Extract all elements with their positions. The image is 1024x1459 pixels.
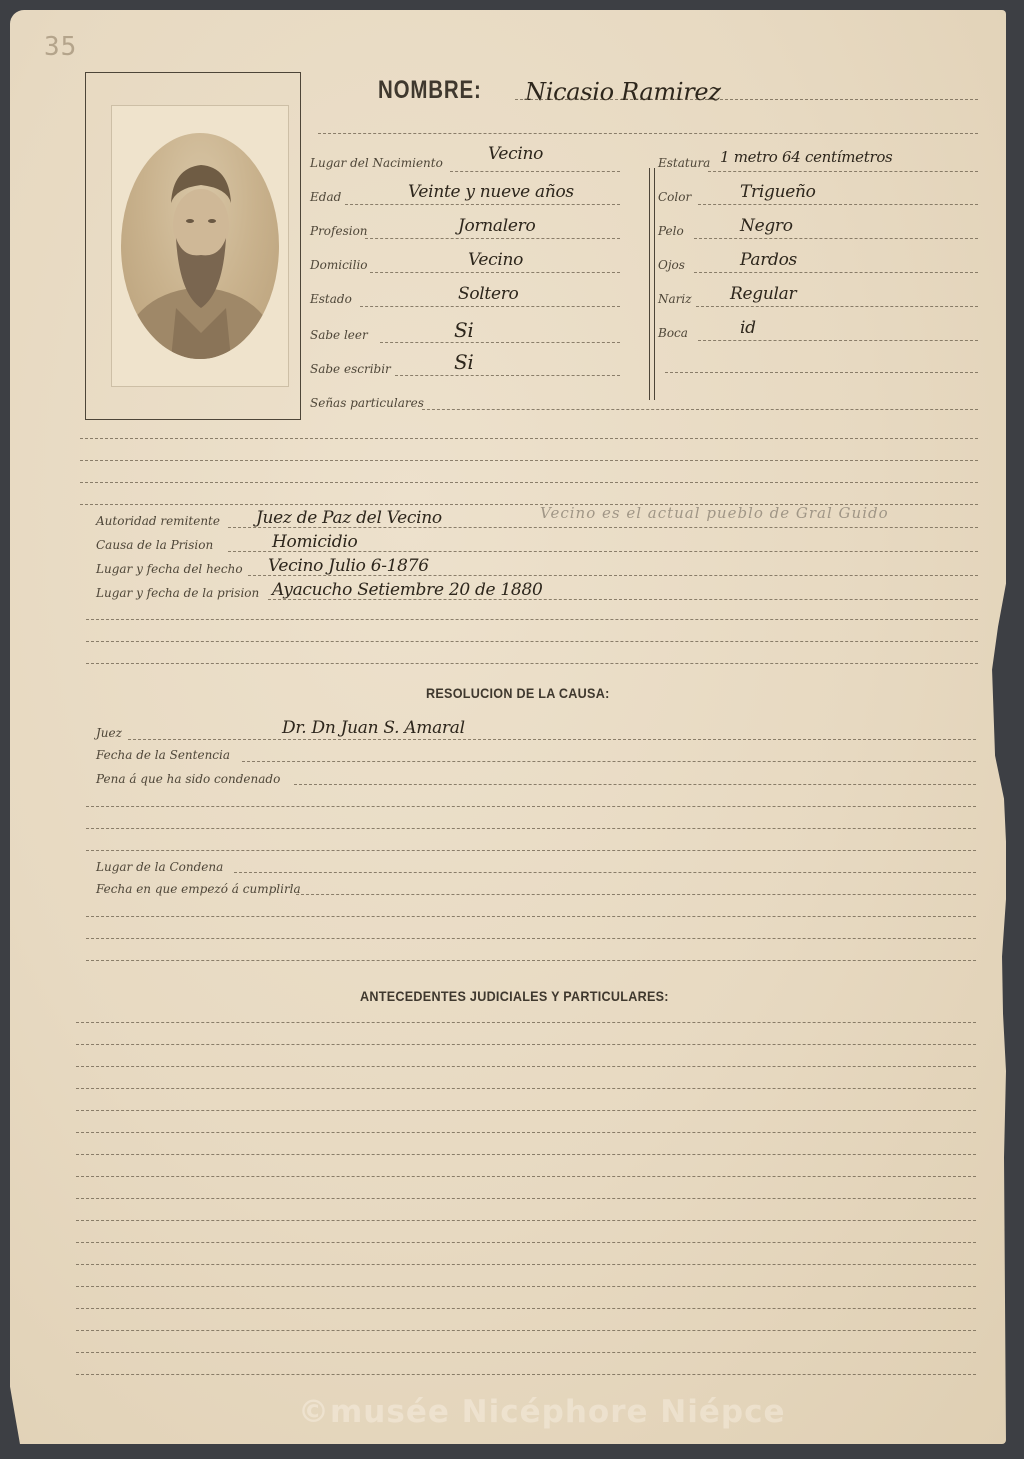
field-value-birthplace: Vecino	[488, 144, 543, 164]
field-label-sentence-date: Fecha de la Sentencia	[96, 748, 230, 762]
resolution-heading: RESOLUCION DE LA CAUSA:	[426, 685, 610, 701]
field-value-can-write: Si	[454, 350, 474, 374]
rule-line	[80, 460, 978, 461]
form-sheet: 35 NOMBRE: Nicasio Ramirez Lugar del Nac…	[10, 10, 1006, 1444]
rule-line	[76, 1352, 976, 1353]
field-value-complexion: Trigueño	[740, 182, 816, 202]
field-line	[696, 306, 978, 307]
field-label-hair: Pelo	[658, 224, 684, 238]
field-label-place-date-event: Lugar y fecha del hecho	[96, 562, 243, 576]
rule-line	[86, 916, 976, 917]
field-label-penalty: Pena á que ha sido condenado	[96, 772, 280, 786]
field-label-distinguishing-marks: Señas particulares	[310, 396, 424, 410]
field-label-place-date-prison: Lugar y fecha de la prision	[96, 586, 259, 600]
rule-line	[86, 960, 976, 961]
field-line	[228, 527, 978, 528]
rule-line	[76, 1242, 976, 1243]
rule-line	[76, 1308, 976, 1309]
field-line	[360, 306, 620, 307]
field-label-marital-status: Estado	[310, 292, 352, 306]
rule-line	[86, 806, 976, 807]
copyright-watermark: ©musée Nicéphore Niépce	[298, 1394, 786, 1430]
field-value-marital-status: Soltero	[458, 284, 518, 304]
field-line	[380, 342, 620, 343]
rule-line	[86, 828, 976, 829]
field-label-birthplace: Lugar del Nacimiento	[310, 156, 443, 170]
field-line	[694, 272, 978, 273]
field-line	[422, 409, 978, 410]
photo-card	[111, 105, 289, 387]
rule-line	[86, 663, 978, 664]
field-label-can-read: Sabe leer	[310, 328, 368, 342]
rule-line	[76, 1110, 976, 1111]
field-line	[234, 872, 976, 873]
portrait-icon	[121, 133, 279, 359]
rule-line	[86, 850, 976, 851]
name-value: Nicasio Ramirez	[525, 78, 721, 106]
rule-line	[76, 1264, 976, 1265]
field-label-age: Edad	[310, 190, 341, 204]
field-value-can-read: Si	[454, 318, 474, 342]
rule-line	[80, 482, 978, 483]
rule-line	[76, 1176, 976, 1177]
field-label-complexion: Color	[658, 190, 691, 204]
antecedentes-heading: ANTECEDENTES JUDICIALES Y PARTICULARES:	[360, 988, 669, 1004]
name-line	[515, 99, 978, 100]
rule-line	[80, 438, 978, 439]
rule-line	[76, 1088, 976, 1089]
name-label: NOMBRE:	[378, 76, 482, 105]
pencil-annotation: Vecino es el actual pueblo de Gral Guido	[540, 504, 889, 522]
field-label-judge: Juez	[96, 726, 122, 740]
rule-line	[76, 1330, 976, 1331]
field-line	[708, 171, 978, 172]
field-label-cause: Causa de la Prision	[96, 538, 213, 552]
field-line	[228, 551, 978, 552]
rule-line	[76, 1286, 976, 1287]
rule-line	[76, 1154, 976, 1155]
photo-frame	[85, 72, 301, 420]
field-label-referring-authority: Autoridad remitente	[96, 514, 220, 528]
column-divider	[649, 168, 655, 400]
field-label-profession: Profesion	[310, 224, 368, 238]
field-line	[694, 238, 978, 239]
rule-line	[76, 1044, 976, 1045]
field-label-eyes: Ojos	[658, 258, 685, 272]
field-label-can-write: Sabe escribir	[310, 362, 391, 376]
field-value-domicile: Vecino	[468, 250, 523, 270]
field-value-referring-authority: Juez de Paz del Vecino	[256, 508, 442, 528]
rule-line	[76, 1022, 976, 1023]
rule-line	[86, 938, 976, 939]
rule-line	[76, 1374, 976, 1375]
field-value-cause: Homicidio	[272, 532, 357, 552]
portrait-photo	[121, 133, 279, 359]
field-value-age: Veinte y nueve años	[408, 182, 574, 202]
field-line	[128, 739, 976, 740]
field-label-mouth: Boca	[658, 326, 688, 340]
field-value-height: 1 metro 64 centímetros	[720, 148, 892, 166]
rule-line	[76, 1132, 976, 1133]
rule-line	[76, 1066, 976, 1067]
field-line	[248, 575, 978, 576]
field-value-place-date-event: Vecino Julio 6-1876	[268, 556, 429, 576]
field-line	[370, 272, 620, 273]
field-line	[395, 375, 620, 376]
field-line	[294, 784, 976, 785]
field-value-profession: Jornalero	[458, 216, 535, 236]
field-label-height: Estatura	[658, 156, 710, 170]
field-value-place-date-prison: Ayacucho Setiembre 20 de 1880	[272, 580, 542, 600]
field-label-nose: Nariz	[658, 292, 692, 306]
field-label-place-of-sentence: Lugar de la Condena	[96, 860, 223, 874]
field-line	[450, 171, 620, 172]
field-line	[698, 340, 978, 341]
rule-line	[665, 372, 978, 373]
field-line	[296, 894, 976, 895]
field-value-eyes: Pardos	[740, 250, 797, 270]
field-value-judge: Dr. Dn Juan S. Amaral	[282, 718, 465, 738]
field-line	[345, 204, 620, 205]
rule-line	[76, 1198, 976, 1199]
field-value-nose: Regular	[730, 284, 796, 304]
field-line	[698, 204, 978, 205]
page-number: 35	[44, 32, 77, 62]
rule-line	[86, 641, 978, 642]
field-value-hair: Negro	[740, 216, 793, 236]
rule-line	[76, 1220, 976, 1221]
field-line	[242, 761, 976, 762]
field-label-sentence-start: Fecha en que empezó á cumplirla	[96, 882, 301, 896]
field-label-domicile: Domicilio	[310, 258, 368, 272]
field-line	[365, 238, 620, 239]
field-line	[268, 599, 978, 600]
rule-line	[318, 133, 978, 134]
rule-line	[86, 619, 978, 620]
field-value-mouth: id	[740, 318, 756, 338]
